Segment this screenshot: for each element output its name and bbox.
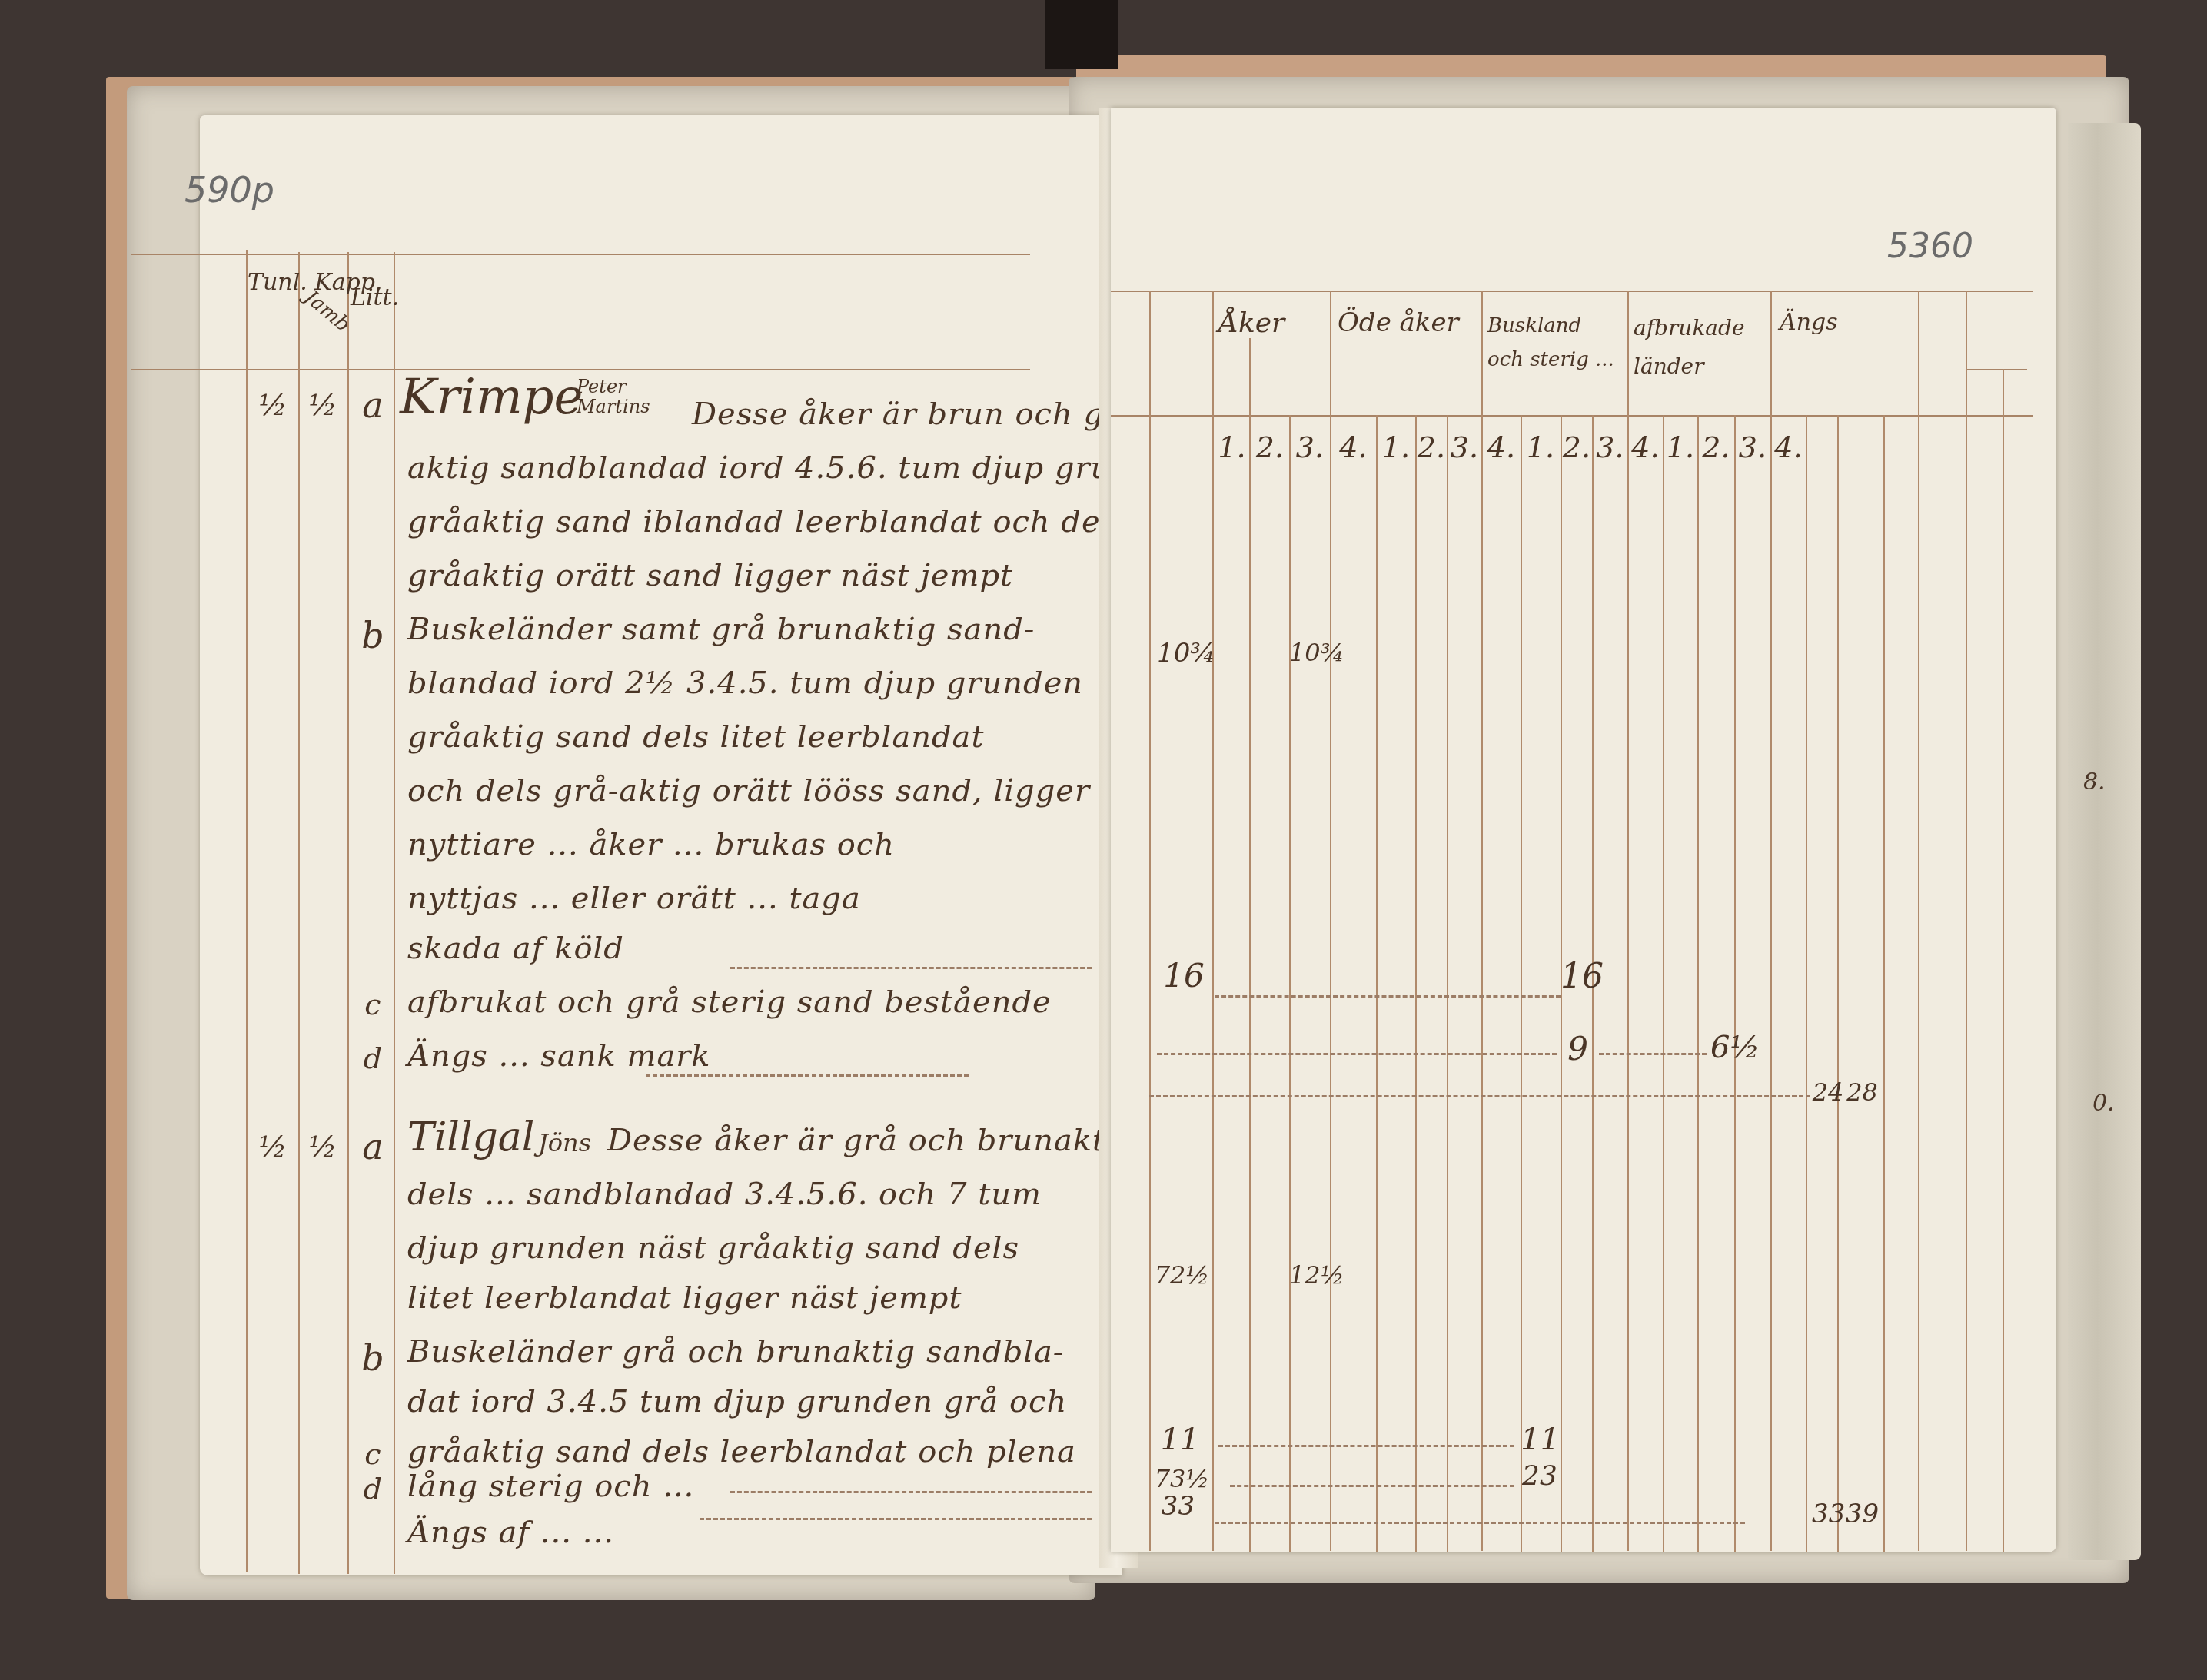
entry1-litt-b: b [354, 615, 392, 656]
right-page: 5360 Åker Öde åker Buskland och sterig .… [1111, 108, 2056, 1552]
row2-total: 16 [1157, 957, 1211, 994]
header-top-rule [1111, 291, 2033, 292]
entry2-litt-a: a [354, 1126, 392, 1167]
col-rule [1376, 415, 1378, 1552]
frayed-page-edges [2068, 123, 2141, 1560]
leader-dashes [700, 1518, 1092, 1520]
col-rule [1966, 291, 1967, 1551]
entry1-b-line1: Buskeländer samt grå brunaktig sand- [407, 611, 1035, 648]
header-afbrukade: afbrukade länder [1634, 309, 1764, 386]
header-top-rule [131, 254, 1030, 255]
entry1-owner-annotation: Peter Martins [577, 377, 661, 417]
entry2-litt-d: d [354, 1472, 392, 1506]
row5-total: 72½ [1153, 1260, 1211, 1290]
entry1-b-line6: nyttjas ... eller orätt ... taga [407, 880, 861, 917]
row2-busk-3: 16 [1561, 957, 1595, 996]
subcol-number: 3. [1448, 430, 1481, 464]
row6-busk-2: 11 [1521, 1422, 1559, 1457]
col-rule [1521, 415, 1522, 1552]
entry2-c-line1: lång sterig och ... [407, 1468, 694, 1505]
row1-aker-3: 10¾ [1289, 638, 1331, 667]
row4-angs-2: 28 [1845, 1077, 1880, 1107]
row4-angs-lass: 24 [1812, 1077, 1844, 1107]
entry2-a-line4: litet leerblandat ligger näst jempt [407, 1280, 962, 1316]
col-rule [298, 252, 300, 1574]
row5-aker-3: 12½ [1289, 1260, 1331, 1290]
header-litt: Litt. [351, 284, 399, 311]
subcol-number: 2. [1251, 430, 1288, 464]
subcol-number: 1. [1378, 430, 1414, 464]
angs-sub-rule [1966, 369, 2027, 370]
leader-dashes [1149, 1095, 1810, 1097]
entry1-litt-a: a [354, 384, 392, 426]
col-rule [1330, 291, 1331, 1551]
subcol-number: 1. [1664, 430, 1697, 464]
col-rule [1481, 291, 1483, 1551]
subcol-number: 4. [1331, 430, 1375, 464]
leader-dashes [1157, 1053, 1557, 1055]
leader-dashes [1215, 1522, 1745, 1524]
entry2-owner-name: Tillgal [407, 1114, 535, 1160]
leader-dashes [1215, 995, 1561, 998]
subcol-number: 2. [1417, 430, 1446, 464]
subcol-number: 3. [1594, 430, 1627, 464]
header-buskland: Buskland och sterig ... [1487, 309, 1618, 377]
leader-dashes [730, 967, 1092, 969]
subcol-number: 4. [1772, 430, 1805, 464]
subcol-number: 4. [1483, 430, 1520, 464]
leader-dashes [646, 1074, 969, 1077]
entry1-d-line1: Ängs ... sank mark [407, 1038, 711, 1074]
right-folio-number: 5360 [1887, 227, 1973, 266]
col-rule [1806, 415, 1807, 1552]
row1-total: 10¾ [1157, 638, 1211, 669]
col-rule [1837, 415, 1839, 1552]
subcol-number: 4. [1629, 430, 1662, 464]
col-rule [347, 252, 349, 1574]
col-rule [1883, 415, 1885, 1552]
entry1-owner-name: Krimpe [400, 369, 583, 426]
entry1-b-line3: gråaktig sand dels litet leerblandat [407, 719, 985, 755]
entry1-b-line7: skada af köld [407, 930, 624, 967]
entry1-jamb: ½ [304, 388, 342, 422]
leader-dashes [1218, 1445, 1514, 1447]
entry2-b-line2: dat iord 3.4.5 tum djup grunden grå och [407, 1383, 1067, 1420]
entry2-b-line1: Buskeländer grå och brunaktig sandbla- [407, 1333, 1064, 1370]
col-rule [1918, 291, 1919, 1551]
subcol-number: 3. [1736, 430, 1770, 464]
entry2-litt-b: b [354, 1337, 392, 1379]
entry1-litt-d: d [354, 1041, 392, 1075]
entry1-a-line4: gråaktig orätt sand ligger näst jempt [407, 557, 1013, 594]
row8-total: 33 [1149, 1491, 1207, 1522]
entry1-b-line2: blandad iord 2½ 3.4.5. tum djup grunden [407, 665, 1083, 702]
row6-total: 11 [1153, 1422, 1207, 1457]
header-aker: Åker [1218, 307, 1285, 339]
row3-busk-3: 9 [1561, 1030, 1595, 1067]
entry2-a-line2: dels ... sandblandad 3.4.5.6. och 7 tum [407, 1176, 1042, 1213]
subcol-number: 1. [1522, 430, 1559, 464]
entry1-a-line2: aktig sandblandad iord 4.5.6. tum djup g… [407, 450, 1192, 486]
col-rule [246, 250, 248, 1572]
header-angs: Ängs [1780, 309, 1838, 336]
col-rule [1415, 415, 1417, 1552]
col-rule [2003, 369, 2004, 1552]
col-rule [1289, 415, 1291, 1552]
margin-note: 0. [2092, 1090, 2115, 1117]
entry2-b-line3: gråaktig sand dels leerblandat och plena [407, 1433, 1076, 1470]
entry2-a-line1: Desse åker är grå och brunaktig ... [607, 1122, 1178, 1159]
col-rule [1149, 291, 1151, 1551]
col-rule [1770, 291, 1772, 1551]
margin-note: 8. [2083, 769, 2106, 795]
leader-dashes [1599, 1053, 1707, 1055]
col-rule [1627, 291, 1629, 1551]
col-rule [1249, 338, 1251, 1552]
entry1-litt-c: c [354, 988, 392, 1021]
row8-angs-lass: 33 [1812, 1499, 1844, 1529]
entry2-a-line3: djup grunden näst gråaktig sand dels [407, 1230, 1019, 1267]
left-folio-number: 590p [184, 169, 274, 211]
subcol-number: 3. [1291, 430, 1329, 464]
entry2-jamb: ½ [304, 1130, 342, 1164]
row7-total: 73½ [1153, 1464, 1211, 1493]
left-page: 590p Tunl. Kapp. Jamb Litt. ½ ½ a Krimpe… [200, 115, 1122, 1575]
col-rule [1697, 415, 1699, 1552]
row7-busk-2: 23 [1521, 1460, 1559, 1492]
col-rule [1212, 291, 1214, 1551]
col-rule [394, 252, 395, 1574]
subcol-number: 2. [1699, 430, 1733, 464]
book-spine [1045, 0, 1118, 69]
row3-afbr-3: 6½ [1710, 1030, 1757, 1065]
entry1-c-line1: afbrukat och grå sterig sand bestående [407, 984, 1052, 1021]
entry2-tunl: ½ [254, 1130, 292, 1164]
subcol-number: 1. [1215, 430, 1249, 464]
entry1-b-line5: nyttiare ... åker ... brukas och [407, 826, 895, 863]
entry2-d-line1: Ängs af ... ... [407, 1514, 614, 1551]
leader-dashes [1230, 1485, 1514, 1487]
col-rule [1663, 415, 1664, 1552]
entry1-b-line4: och dels grå-aktig orätt lööss sand, lig… [407, 772, 1090, 809]
leader-dashes [730, 1491, 1092, 1493]
col-rule [1734, 415, 1736, 1552]
entry2-owner-annotation: Jöns [538, 1128, 591, 1157]
entry2-litt-c: c [354, 1437, 392, 1471]
col-rule [1447, 415, 1448, 1552]
subcol-number: 2. [1562, 430, 1591, 464]
header-ode-aker: Öde åker [1338, 307, 1459, 338]
entry1-tunl: ½ [254, 388, 292, 422]
entry1-a-line1: Desse åker är brun och grå- [692, 396, 1149, 433]
entry1-a-line3: gråaktig sand iblandad leerblandat och d… [407, 503, 1128, 540]
row8-angs-2: 39 [1845, 1499, 1880, 1529]
